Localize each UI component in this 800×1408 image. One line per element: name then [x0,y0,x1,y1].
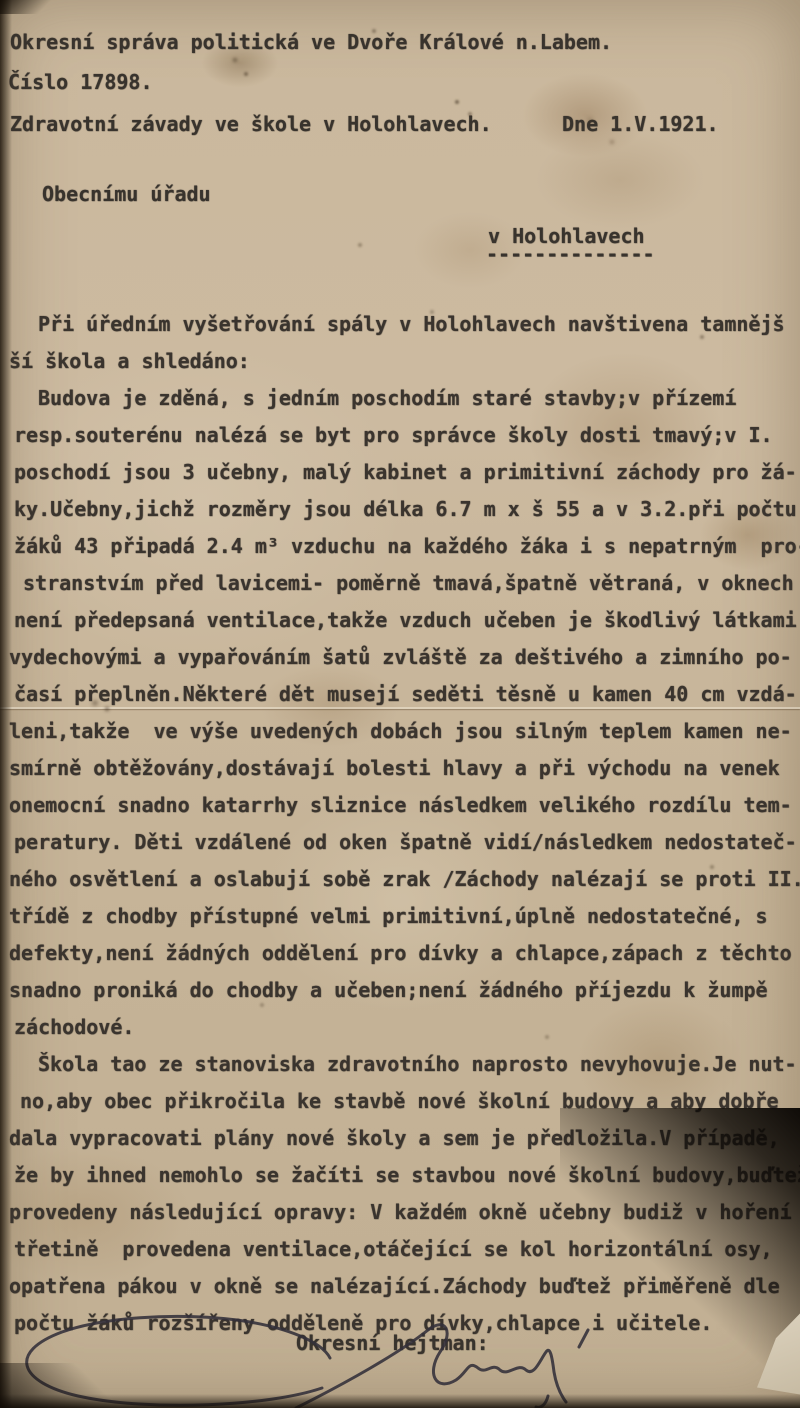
scan-corner-bottomright [560,1108,800,1408]
paper-scratch-line [0,707,800,709]
scan-corner-bottomleft [0,1363,140,1408]
scan-edge-left [0,0,12,1408]
scan-edge-topleft [0,0,60,14]
scanned-document-page: Okresní správa politická ve Dvoře Králov… [0,0,800,1408]
